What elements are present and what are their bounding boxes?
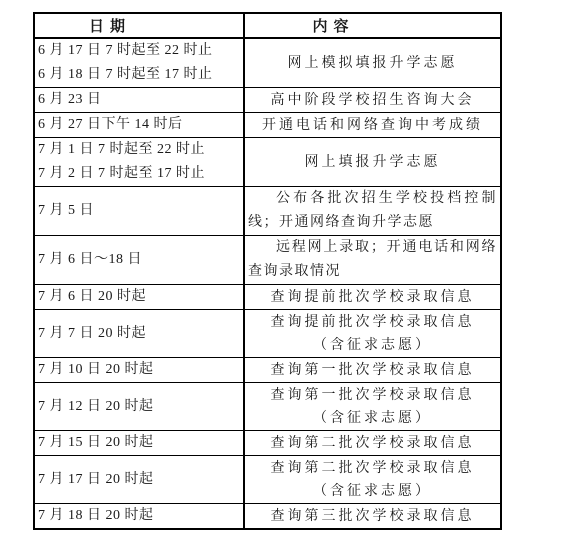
content-cell: 高中阶段学校招生咨询大会 [244,88,501,113]
table-row: 7 月 7 日 20 时起查询提前批次学校录取信息（含征求志愿） [34,310,501,358]
table-row: 6 月 23 日高中阶段学校招生咨询大会 [34,88,501,113]
table-row: 7 月 17 日 20 时起查询第二批次学校录取信息（含征求志愿） [34,456,501,504]
header-cell-content: 内容 [244,13,501,38]
table-row: 6 月 27 日下午 14 时后开通电话和网络查询中考成绩 [34,113,501,138]
content-line: 线；开通网络查询升学志愿 [245,211,500,235]
content-line: 查询第一批次学校录取信息 [245,359,500,382]
content-cell: 查询提前批次学校录取信息 [244,285,501,310]
table-row: 7 月 18 日 20 时起查询第三批次学校录取信息 [34,504,501,530]
table-row: 7 月 5 日公布各批次招生学校投档控制线；开通网络查询升学志愿 [34,187,501,236]
content-line: 查询第二批次学校录取信息 [245,432,500,455]
content-line: （含征求志愿） [245,407,500,430]
date-cell: 6 月 17 日 7 时起至 22 时止6 月 18 日 7 时起至 17 时止 [34,38,244,88]
date-line: 7 月 1 日 7 时起至 22 时止 [38,138,243,162]
date-cell: 7 月 6 日～18 日 [34,236,244,285]
date-line: 7 月 7 日 20 时起 [38,322,243,346]
content-cell: 远程网上录取；开通电话和网络查询录取情况 [244,236,501,285]
content-line: 远程网上录取；开通电话和网络 [245,236,500,260]
date-cell: 7 月 12 日 20 时起 [34,383,244,431]
content-line: 网上模拟填报升学志愿 [245,52,500,75]
content-line: 网上填报升学志愿 [245,151,500,174]
date-line: 7 月 18 日 20 时起 [38,504,243,528]
content-line: （含征求志愿） [245,334,500,357]
content-cell: 查询第三批次学校录取信息 [244,504,501,530]
content-line: （含征求志愿） [245,480,500,503]
table-row: 7 月 6 日 20 时起查询提前批次学校录取信息 [34,285,501,310]
header-row: 日期 内容 [34,13,501,38]
content-line: 高中阶段学校招生咨询大会 [245,89,500,112]
content-line: 查询第三批次学校录取信息 [245,505,500,528]
date-cell: 7 月 1 日 7 时起至 22 时止7 月 2 日 7 时起至 17 时止 [34,138,244,187]
content-cell: 查询提前批次学校录取信息（含征求志愿） [244,310,501,358]
content-line: 公布各批次招生学校投档控制 [245,187,500,211]
table-row: 7 月 1 日 7 时起至 22 时止7 月 2 日 7 时起至 17 时止网上… [34,138,501,187]
table-row: 6 月 17 日 7 时起至 22 时止6 月 18 日 7 时起至 17 时止… [34,38,501,88]
date-line: 7 月 5 日 [38,199,243,223]
date-line: 7 月 6 日 20 时起 [38,285,243,309]
content-cell: 公布各批次招生学校投档控制线；开通网络查询升学志愿 [244,187,501,236]
content-line: 查询提前批次学校录取信息 [245,286,500,309]
date-line: 6 月 23 日 [38,88,243,112]
date-line: 6 月 17 日 7 时起至 22 时止 [38,39,243,63]
content-line: 查询提前批次学校录取信息 [245,311,500,334]
date-cell: 7 月 5 日 [34,187,244,236]
content-cell: 网上模拟填报升学志愿 [244,38,501,88]
date-cell: 6 月 23 日 [34,88,244,113]
date-line: 6 月 18 日 7 时起至 17 时止 [38,63,243,87]
date-line: 7 月 15 日 20 时起 [38,431,243,455]
date-cell: 6 月 27 日下午 14 时后 [34,113,244,138]
content-line: 查询第一批次学校录取信息 [245,384,500,407]
table-header: 日期 内容 [34,13,501,38]
table-row: 7 月 6 日～18 日远程网上录取；开通电话和网络查询录取情况 [34,236,501,285]
date-line: 7 月 17 日 20 时起 [38,468,243,492]
date-line: 7 月 10 日 20 时起 [38,358,243,382]
table-row: 7 月 12 日 20 时起查询第一批次学校录取信息（含征求志愿） [34,383,501,431]
date-cell: 7 月 10 日 20 时起 [34,358,244,383]
content-cell: 开通电话和网络查询中考成绩 [244,113,501,138]
date-cell: 7 月 17 日 20 时起 [34,456,244,504]
content-line: 开通电话和网络查询中考成绩 [245,114,500,137]
date-line: 7 月 12 日 20 时起 [38,395,243,419]
date-cell: 7 月 7 日 20 时起 [34,310,244,358]
content-cell: 查询第二批次学校录取信息（含征求志愿） [244,456,501,504]
date-cell: 7 月 18 日 20 时起 [34,504,244,530]
table-body: 6 月 17 日 7 时起至 22 时止6 月 18 日 7 时起至 17 时止… [34,38,501,529]
content-cell: 查询第二批次学校录取信息 [244,431,501,456]
document-page: 日期 内容 6 月 17 日 7 时起至 22 时止6 月 18 日 7 时起至… [0,0,569,534]
header-cell-date: 日期 [34,13,244,38]
date-line: 7 月 2 日 7 时起至 17 时止 [38,162,243,186]
content-cell: 网上填报升学志愿 [244,138,501,187]
table-row: 7 月 10 日 20 时起查询第一批次学校录取信息 [34,358,501,383]
content-line: 查询第二批次学校录取信息 [245,457,500,480]
date-line: 6 月 27 日下午 14 时后 [38,113,243,137]
date-cell: 7 月 6 日 20 时起 [34,285,244,310]
date-cell: 7 月 15 日 20 时起 [34,431,244,456]
schedule-table: 日期 内容 6 月 17 日 7 时起至 22 时止6 月 18 日 7 时起至… [33,12,502,530]
date-line: 7 月 6 日～18 日 [38,248,243,272]
content-line: 查询录取情况 [245,260,500,284]
content-cell: 查询第一批次学校录取信息 [244,358,501,383]
table-row: 7 月 15 日 20 时起查询第二批次学校录取信息 [34,431,501,456]
content-cell: 查询第一批次学校录取信息（含征求志愿） [244,383,501,431]
